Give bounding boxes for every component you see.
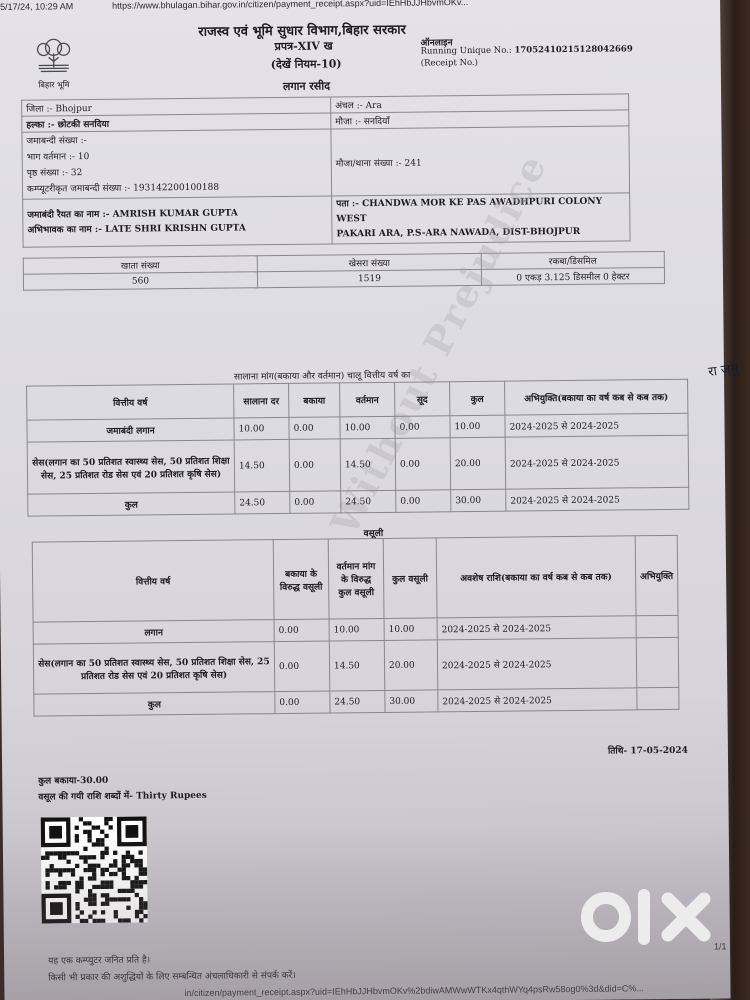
amount-in-words: वसूल की गयी राशि शब्दों में- Thirty Rupe… (38, 788, 207, 803)
demand-header-total: कुल (450, 381, 505, 416)
collection-row-label: कुल (34, 692, 275, 717)
demand-cell-current: 24.50 (341, 490, 396, 513)
collection-header-year: वित्तीय वर्ष (32, 540, 274, 623)
collection-cell-remark (636, 615, 678, 637)
collection-cell-remark (636, 637, 679, 687)
demand-header-remark: अभियुक्ति(बकाया का वर्ष कब से कब तक) (505, 379, 688, 415)
collection-table: वित्तीय वर्ष बकाया के विरुद्ध वसूली वर्त… (32, 535, 680, 717)
form-number: प्रपत्र-XIV ख (274, 38, 332, 54)
demand-cell-interest: 0.00 (395, 416, 450, 439)
raiyat-cell: जमाबंदी रैयत का नाम :- AMRISH KUMAR GUPT… (23, 196, 332, 247)
total-arrear: कुल बकाया-30.00 (38, 773, 108, 787)
collection-header-arrear: बकाया के विरुद्ध वसूली (273, 539, 329, 620)
computerized-jamabandi: कम्प्यूटरीकृत जमाबन्दी संख्या :- 1931422… (27, 179, 327, 198)
demand-row: सेस(लगान का 50 प्रतिशत स्वास्थ्य सेस, 50… (27, 435, 689, 494)
demand-caption: सालाना मांग(बकाया और वर्तमान) चालू वित्त… (234, 368, 411, 383)
demand-cell-remark: 2024-2025 से 2024-2025 (505, 413, 688, 437)
demand-cell-interest: 0.00 (396, 490, 451, 513)
guardian-name: अभिभावक का नाम :- LATE SHRI KRISHN GUPTA (27, 220, 327, 238)
collection-header-balance: अवशेष राशि(बकाया का वर्ष कब से कब तक) (436, 536, 636, 618)
collection-cell-total: 30.00 (385, 690, 438, 713)
collection-cell-total: 20.00 (384, 640, 438, 691)
demand-cell-remark: 2024-2025 से 2024-2025 (506, 487, 689, 511)
demand-cell-remark: 2024-2025 से 2024-2025 (505, 435, 689, 489)
collection-cell-total: 10.00 (384, 618, 437, 641)
collection-cell-arrear: 0.00 (274, 619, 329, 642)
demand-cell-total: 30.00 (451, 489, 506, 512)
rule-reference: (देखें नियम-10) (271, 56, 342, 72)
receipt-no-label: (Receipt No.) (421, 58, 478, 69)
mauza-thana-cell: मौजा/थाना संख्या :- 241 (331, 126, 630, 196)
demand-row-label: सेस(लगान का 50 प्रतिशत स्वास्थ्य सेस, 50… (27, 440, 235, 494)
collection-header-current: वर्तमान मांग के विरुद्ध कुल वसूली (328, 538, 384, 619)
tree-emblem-icon (28, 35, 78, 76)
demand-header-interest: सूद (395, 382, 450, 417)
demand-row-label: जमाबंदी लगान (27, 418, 234, 442)
land-table: खाता संख्या खेसरा संख्या रकबा/डिसमिल 560… (23, 251, 665, 291)
demand-cell-rate: 14.50 (234, 439, 290, 492)
demand-cell-interest: 0.00 (395, 438, 451, 491)
collection-cell-balance: 2024-2025 से 2024-2025 (437, 616, 636, 640)
collection-cell-arrear: 0.00 (274, 641, 330, 692)
demand-cell-arrear: 0.00 (289, 439, 341, 492)
running-unique-no: Running Unique No.: 17052410215128042669 (421, 44, 633, 56)
collection-header-remark: अभियुक्ति (635, 535, 678, 615)
collection-row-label: लगान (33, 620, 274, 645)
collection-cell-balance: 2024-2025 से 2024-2025 (438, 688, 637, 712)
logo-caption: बिहार भूमि (29, 79, 79, 91)
demand-header-year: वित्तीय वर्ष (27, 384, 234, 420)
olx-logo-icon (580, 885, 720, 949)
demand-header-current: वर्तमान (340, 382, 395, 417)
department-title: राजस्व एवं भूमि सुधार विभाग,बिहार सरकार (198, 20, 406, 40)
demand-cell-arrear: 0.00 (289, 417, 340, 440)
collection-cell-arrear: 0.00 (275, 691, 330, 714)
print-url-top: https://www.bhulagan.bihar.gov.in/citize… (112, 0, 502, 11)
demand-cell-total: 20.00 (450, 437, 506, 490)
demand-row-label: कुल (28, 492, 235, 516)
collection-header-total: कुल वसूली (383, 538, 437, 619)
collection-row: सेस(लगान का 50 प्रतिशत स्वास्थ्य सेस, 50… (33, 637, 678, 694)
collection-cell-current: 10.00 (329, 618, 384, 641)
bihar-bhumi-logo: बिहार भूमि (28, 35, 79, 88)
demand-cell-current: 14.50 (340, 438, 396, 491)
receipt-title: लगान रसीद (283, 78, 330, 93)
print-datetime: 5/17/24, 10:29 AM (0, 1, 73, 12)
jamabandi-cell: जमाबन्दी संख्या :- भाग वर्तमान :- 10 पृष… (22, 129, 332, 199)
land-rakba-value: 0 एकड़ 3.125 डिसमील 0 हेक्टर (481, 267, 664, 285)
collection-cell-current: 24.50 (330, 690, 385, 713)
demand-cell-rate: 10.00 (234, 417, 289, 440)
collection-cell-remark (637, 687, 679, 709)
demand-header-rate: सालाना दर (234, 383, 289, 418)
running-unique-value: 17052410215128042669 (514, 44, 632, 55)
receipt-date: तिथि- 17-05-2024 (608, 743, 688, 757)
demand-table: वित्तीय वर्ष सालाना दर बकाया वर्तमान सूद… (26, 379, 689, 517)
demand-header-arrear: बकाया (289, 383, 340, 418)
collection-cell-current: 14.50 (329, 640, 385, 691)
collection-cell-balance: 2024-2025 से 2024-2025 (437, 638, 637, 690)
demand-cell-total: 10.00 (450, 415, 505, 438)
land-khata-value: 560 (23, 272, 257, 290)
running-unique-label: Running Unique No.: (421, 46, 512, 57)
demand-cell-current: 10.00 (340, 416, 395, 439)
demand-cell-rate: 24.50 (235, 491, 290, 514)
receipt-paper: 5/17/24, 10:29 AM https://www.bhulagan.b… (0, 0, 731, 1000)
collection-row-label: सेस(लगान का 50 प्रतिशत स्वास्थ्य सेस, 50… (33, 642, 274, 695)
demand-cell-arrear: 0.00 (290, 491, 341, 514)
